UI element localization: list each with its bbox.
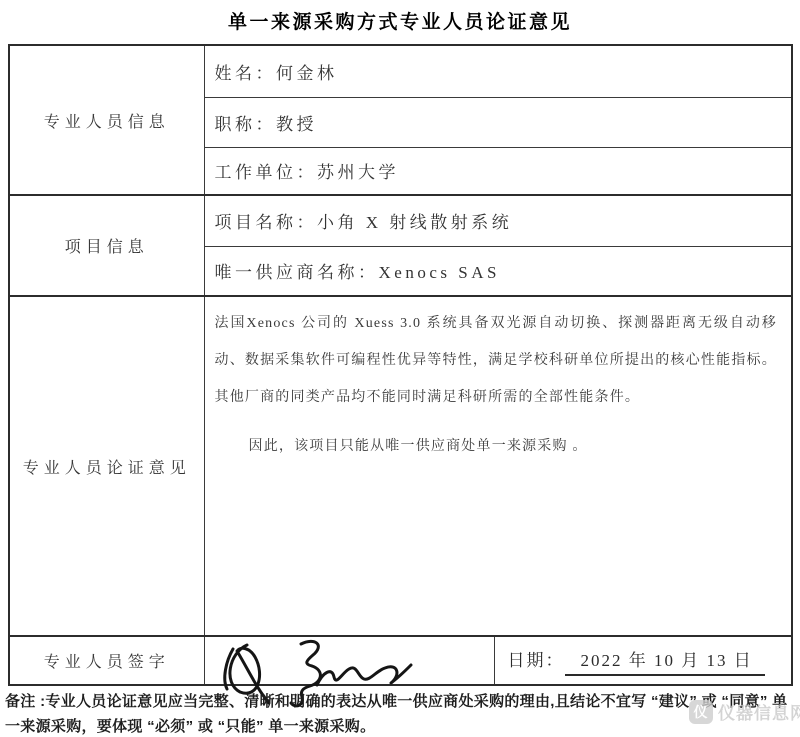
table-row: 项目信息 项目名称：小角 X 射线散射系统 — [9, 195, 792, 246]
opinion-paragraph: 其他厂商的同类产品均不能同时满足科研所需的全部性能条件。 — [215, 379, 778, 416]
watermark-logo-icon: 仪 — [689, 700, 713, 724]
form-table: 专业人员信息 姓名：何金林 职称：教授 工作单位：苏州大学 项目信息 项目名称：… — [8, 44, 793, 686]
opinion-text-cell: 法国Xenocs 公司的 Xuess 3.0 系统具备双光源自动切换、探测器距离… — [204, 296, 792, 636]
page-title: 单一来源采购方式专业人员论证意见 — [0, 0, 800, 34]
opinion-label: 专业人员论证意见 — [9, 296, 204, 636]
watermark: 仪 仪器信息网 — [689, 699, 800, 724]
project-info-label: 项目信息 — [9, 195, 204, 296]
project-name-field: 项目名称：小角 X 射线散射系统 — [204, 195, 792, 246]
signature-cell — [204, 636, 494, 685]
date-value: 2022 年 10 月 13 日 — [565, 646, 765, 676]
date-label: 日期： — [508, 651, 565, 670]
watermark-text: 仪器信息网 — [718, 699, 800, 724]
work-unit-field: 工作单位：苏州大学 — [204, 147, 792, 195]
table-row: 专业人员签字 日期：2022 年 10 月 13 日 — [9, 636, 792, 685]
opinion-paragraph: 法国Xenocs 公司的 Xuess 3.0 系统具备双光源自动切换、探测器距离… — [215, 305, 778, 379]
footer-note: 备注 :专业人员论证意见应当完整、清晰和明确的表达从唯一供应商处采购的理由,且结… — [5, 689, 798, 737]
date-cell: 日期：2022 年 10 月 13 日 — [494, 636, 792, 685]
name-field: 姓名：何金林 — [204, 45, 792, 97]
professional-info-label: 专业人员信息 — [9, 45, 204, 195]
table-row: 专业人员信息 姓名：何金林 — [9, 45, 792, 97]
table-row: 专业人员论证意见 法国Xenocs 公司的 Xuess 3.0 系统具备双光源自… — [9, 296, 792, 636]
opinion-paragraph: 因此，该项目只能从唯一供应商处单一来源采购 。 — [215, 428, 778, 465]
sole-supplier-field: 唯一供应商名称：Xenocs SAS — [204, 246, 792, 296]
signature-label: 专业人员签字 — [9, 636, 204, 685]
job-title-field: 职称：教授 — [204, 97, 792, 147]
